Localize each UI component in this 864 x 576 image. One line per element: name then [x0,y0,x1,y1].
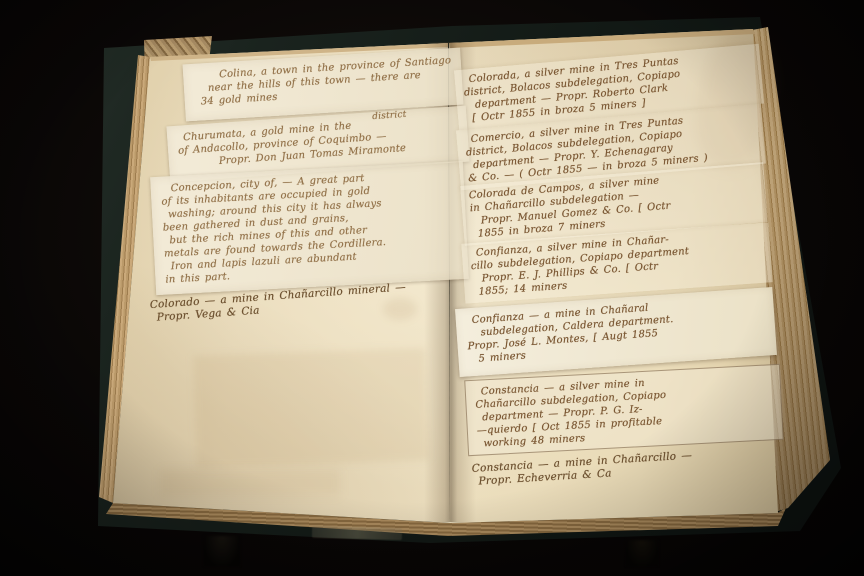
spine-edge-label [312,526,402,540]
inserted-word: district [372,109,407,124]
pasted-slip-concepcion: Concepcion, city of, — A great part of i… [150,161,469,295]
book-stand-foot [204,536,240,566]
photograph-of-open-manuscript-book: Colina, a town in the province of Santia… [0,0,864,576]
book-stand-foot [626,540,658,566]
